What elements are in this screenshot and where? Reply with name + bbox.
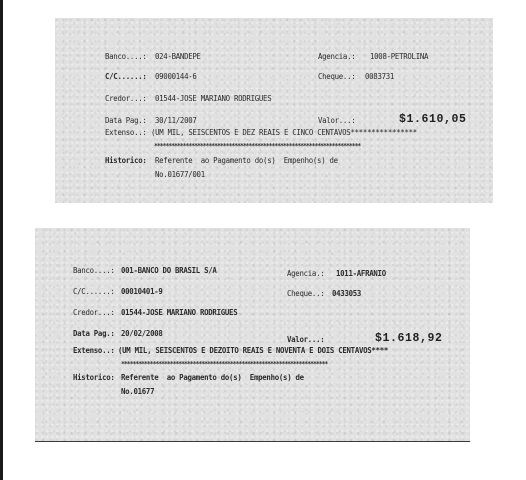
cheque-value: 0083731	[365, 72, 394, 82]
account-value: 09000144-6	[155, 72, 197, 82]
history-label: Historico:	[73, 373, 115, 383]
bank-value: 024-BANDEPE	[155, 52, 201, 62]
agency-label: Agencia.:	[287, 269, 324, 279]
payment-date-value: 30/11/2007	[155, 116, 197, 126]
payment-receipt-1: Banco....: 024-BANDEPE Agencia.: 1008-PE…	[55, 18, 493, 203]
payment-date-label: Data Pag.:	[73, 329, 115, 339]
history-value: Referente ao Pagamento do(s) Empenho(s) …	[121, 373, 304, 383]
history-reference: No.01677/001	[155, 170, 205, 180]
bank-value: 001-BANCO DO BRASIL S/A	[121, 266, 217, 276]
agency-value: 1011-AFRANIO	[336, 269, 386, 279]
agency-value: 1008-PETROLINA	[370, 52, 428, 62]
bank-label: Banco....:	[105, 52, 147, 62]
history-label: Historico:	[105, 156, 147, 166]
agency-label: Agencia.:	[318, 52, 355, 62]
amount-words-fill: ****************************************…	[154, 141, 360, 151]
scan-edge-line	[0, 0, 3, 480]
payment-date-value: 20/02/2008	[121, 329, 163, 339]
history-reference: No.01677	[121, 387, 154, 397]
payment-receipt-2: Banco....: 001-BANCO DO BRASIL S/A Agenc…	[35, 228, 470, 442]
amount-label: Valor...:	[287, 335, 324, 345]
creditor-label: Credor...:	[105, 94, 147, 104]
payment-date-label: Data Pag.:	[105, 116, 147, 126]
amount-words-fill: ****************************************…	[121, 359, 327, 369]
cheque-label: Cheque..:	[318, 72, 355, 82]
amount-value: $1.610,05	[399, 113, 467, 126]
account-label: C/C......:	[73, 287, 115, 297]
amount-words-label: Extenso..:	[105, 128, 147, 138]
cheque-label: Cheque..:	[287, 289, 324, 299]
history-value: Referente ao Pagamento do(s) Empenho(s) …	[155, 156, 338, 166]
account-label: C/C......:	[105, 72, 147, 82]
amount-label: Valor...:	[318, 116, 355, 126]
creditor-value: 01544-JOSE MARIANO RODRIGUES	[121, 308, 237, 318]
cheque-value: 0433053	[332, 289, 361, 299]
amount-words-value: (UM MIL, SEISCENTOS E DEZOITO REAIS E NO…	[118, 346, 388, 356]
creditor-value: 01544-JOSE MARIANO RODRIGUES	[155, 94, 271, 104]
creditor-label: Credor...:	[73, 308, 115, 318]
amount-words-value: (UM MIL, SEISCENTOS E DEZ REAIS E CINCO …	[151, 128, 417, 138]
amount-words-label: Extenso..:	[73, 346, 115, 356]
bank-label: Banco....:	[73, 266, 115, 276]
amount-value: $1.618,92	[375, 332, 443, 345]
account-value: 00010401-9	[121, 287, 163, 297]
